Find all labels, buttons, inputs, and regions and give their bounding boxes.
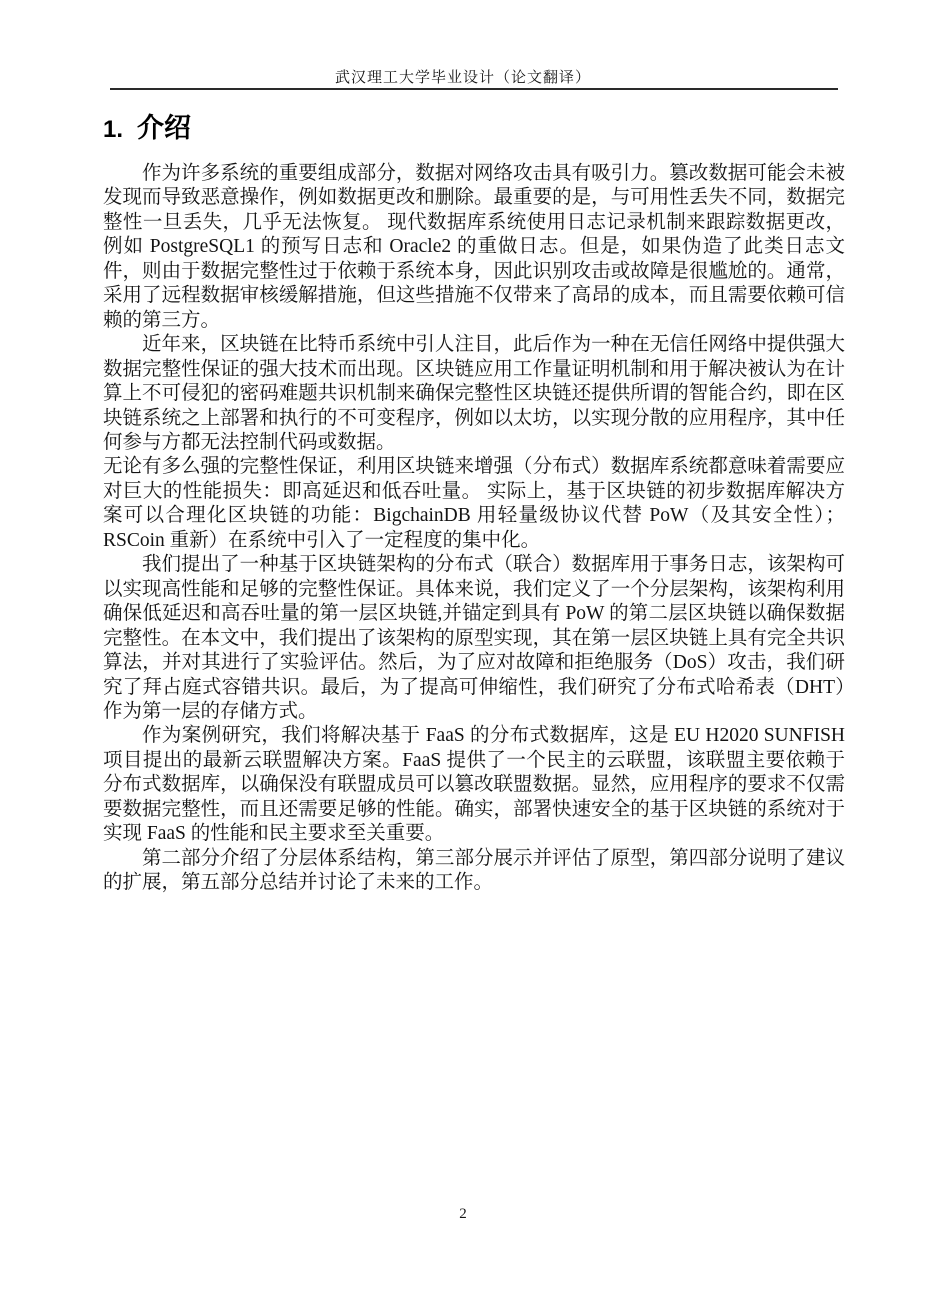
paragraph-intro-data-integrity: 作为许多系统的重要组成部分，数据对网络攻击具有吸引力。篡改数据可能会未被发现而导…	[103, 162, 845, 333]
document-page: 武汉理工大学毕业设计（论文翻译） 1.介绍 作为许多系统的重要组成部分，数据对网…	[0, 0, 926, 1309]
paragraph-blockchain-emergence: 近年来，区块链在比特币系统中引人注目，此后作为一种在无信任网络中提供强大数据完整…	[103, 333, 845, 455]
section-heading: 1.介绍	[103, 110, 845, 148]
paragraph-faas-case-study: 作为案例研究，我们将解决基于 FaaS 的分布式数据库，这是 EU H2020 …	[103, 724, 845, 846]
page-header: 武汉理工大学毕业设计（论文翻译）	[0, 66, 926, 87]
section-number: 1.	[103, 116, 123, 143]
document-body: 1.介绍 作为许多系统的重要组成部分，数据对网络攻击具有吸引力。篡改数据可能会未…	[103, 110, 845, 896]
section-title: 介绍	[137, 113, 191, 143]
page-footer: 2	[0, 1206, 926, 1223]
paragraph-performance-tradeoff: 无论有多么强的完整性保证，利用区块链来增强（分布式）数据库系统都意味着需要应对巨…	[103, 455, 845, 553]
page-number: 2	[459, 1206, 467, 1222]
header-title: 武汉理工大学毕业设计（论文翻译）	[335, 70, 591, 86]
paragraph-proposed-architecture: 我们提出了一种基于区块链架构的分布式（联合）数据库用于事务日志，该架构可以实现高…	[103, 553, 845, 724]
header-rule	[110, 88, 838, 90]
paragraph-outline: 第二部分介绍了分层体系结构，第三部分展示并评估了原型，第四部分说明了建议的扩展，…	[103, 847, 845, 896]
